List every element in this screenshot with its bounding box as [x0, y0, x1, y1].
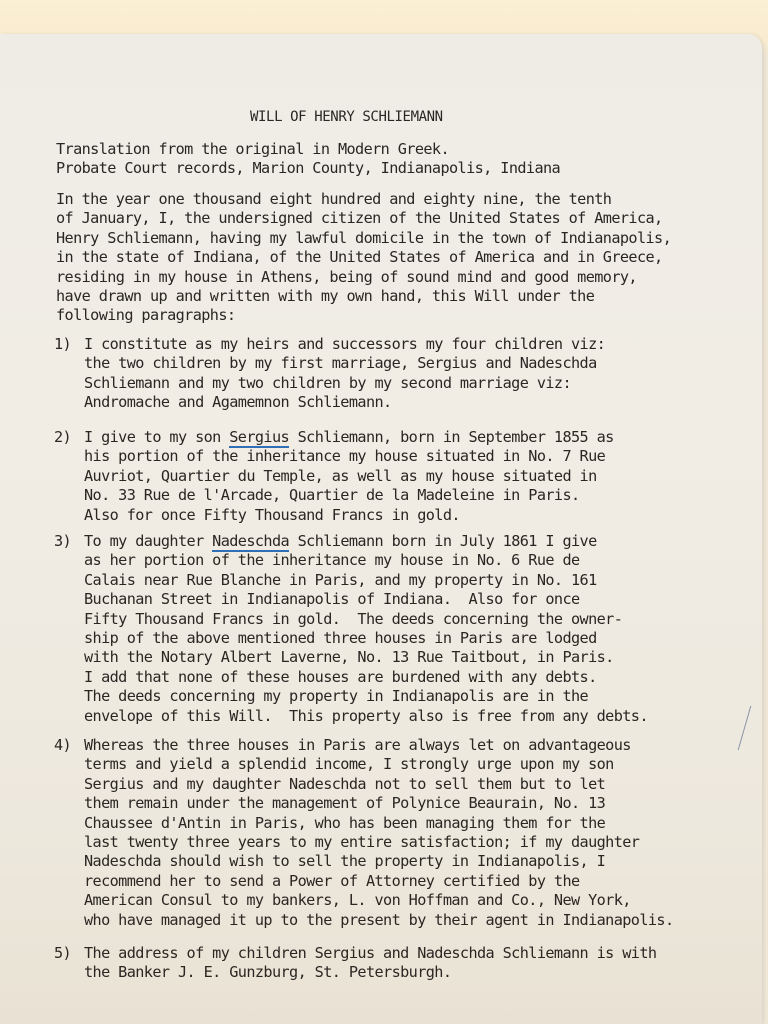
paragraph-line: Whereas the three houses in Paris are al… — [84, 736, 674, 755]
paragraph-line: with the Notary Albert Laverne, No. 13 R… — [84, 648, 648, 667]
preamble: In the year one thousand eight hundred a… — [56, 190, 671, 326]
paragraph-line: ship of the above mentioned three houses… — [84, 629, 648, 648]
paragraph-line: recommend her to send a Power of Attorne… — [84, 872, 674, 891]
paragraph-line: Nadeschda should wish to sell the proper… — [84, 852, 674, 871]
paragraph-number: 4) — [54, 736, 71, 754]
paragraph-line: his portion of the inheritance my house … — [84, 447, 614, 466]
document-title: WILL OF HENRY SCHLIEMANN — [250, 109, 443, 125]
paragraph-line: Chaussee d'Antin in Paris, who has been … — [84, 814, 674, 833]
paragraph-line: Schliemann and my two children by my sec… — [84, 374, 605, 393]
paragraph-line: The address of my children Sergius and N… — [84, 944, 656, 963]
paragraph-line: the Banker J. E. Gunzburg, St. Petersbur… — [84, 963, 656, 982]
paragraph-line: Auvriot, Quartier du Temple, as well as … — [84, 467, 614, 486]
preamble-line: In the year one thousand eight hundred a… — [56, 190, 671, 209]
paragraph-line: Sergius and my daughter Nadeschda not to… — [84, 775, 674, 794]
subtitle-line: Translation from the original in Modern … — [56, 140, 560, 159]
pen-margin-mark — [730, 706, 752, 750]
paragraph-line: No. 33 Rue de l'Arcade, Quartier de la M… — [84, 486, 614, 505]
text-fragment: I give to my son — [84, 428, 229, 446]
text-fragment: Schliemann born in July 1861 I give — [289, 532, 597, 550]
paragraph-line: terms and yield a splendid income, I str… — [84, 755, 674, 774]
paragraph-line: them remain under the management of Poly… — [84, 794, 674, 813]
text-fragment: Schliemann, born in September 1855 as — [289, 428, 614, 446]
paragraph-line: Fifty Thousand Francs in gold. The deeds… — [84, 610, 648, 629]
paragraph-line: I constitute as my heirs and successors … — [84, 335, 605, 354]
preamble-line: following paragraphs: — [56, 306, 671, 325]
paragraph-line: Andromache and Agamemnon Schliemann. — [84, 393, 605, 412]
paragraph-number: 3) — [54, 532, 71, 550]
paragraph-line: who have managed it up to the present by… — [84, 911, 674, 930]
paragraph-number: 5) — [54, 944, 71, 962]
pen-underlined-name: Nadeschda — [212, 532, 289, 552]
will-document: WILL OF HENRY SCHLIEMANN Translation fro… — [0, 0, 768, 1024]
preamble-line: of January, I, the undersigned citizen o… — [56, 209, 671, 228]
paragraph-line: Also for once Fifty Thousand Francs in g… — [84, 506, 614, 525]
paragraph-line: To my daughter Nadeschda Schliemann born… — [84, 532, 648, 551]
text-fragment: To my daughter — [84, 532, 212, 550]
paragraph-line: Calais near Rue Blanche in Paris, and my… — [84, 571, 648, 590]
paragraph-line: I add that none of these houses are burd… — [84, 668, 648, 687]
paragraph-number: 2) — [54, 428, 71, 446]
preamble-line: have drawn up and written with my own ha… — [56, 287, 671, 306]
paragraph-line: as her portion of the inheritance my hou… — [84, 551, 648, 570]
paragraph-line: The deeds concerning my property in Indi… — [84, 687, 648, 706]
paragraph-line: Buchanan Street in Indianapolis of India… — [84, 590, 648, 609]
subtitle: Translation from the original in Modern … — [56, 140, 560, 179]
preamble-line: Henry Schliemann, having my lawful domic… — [56, 229, 671, 248]
paragraph-line: the two children by my first marriage, S… — [84, 354, 605, 373]
paragraph-line: I give to my son Sergius Schliemann, bor… — [84, 428, 614, 447]
preamble-line: in the state of Indiana, of the United S… — [56, 248, 671, 267]
preamble-line: residing in my house in Athens, being of… — [56, 268, 671, 287]
paragraph-line: last twenty three years to my entire sat… — [84, 833, 674, 852]
pen-underlined-name: Sergius — [229, 428, 289, 448]
paragraph-line: envelope of this Will. This property als… — [84, 707, 648, 726]
paragraph-line: American Consul to my bankers, L. von Ho… — [84, 891, 674, 910]
subtitle-line: Probate Court records, Marion County, In… — [56, 159, 560, 178]
paragraph-number: 1) — [54, 335, 71, 353]
